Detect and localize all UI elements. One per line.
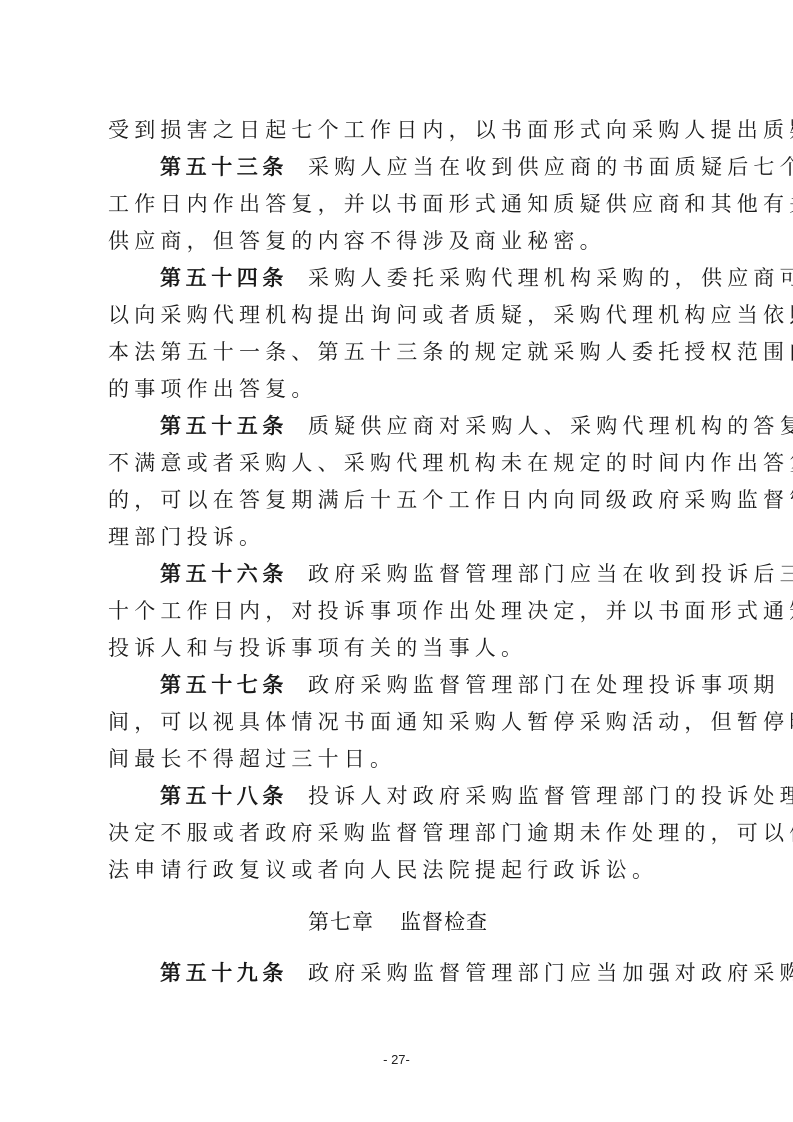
article-57-line: 间，可以视具体情况书面通知采购人暂停采购活动，但暂停时 [108, 704, 688, 741]
article-54-line: 以向采购代理机构提出询问或者质疑，采购代理机构应当依照 [108, 297, 688, 334]
article-text: 政府采购监督管理部门在处理投诉事项期 [308, 673, 780, 697]
article-number: 第五十八条 [160, 784, 288, 808]
article-57-line: 间最长不得超过三十日。 [108, 741, 688, 778]
article-text: 政府采购监督管理部门应当在收到投诉后三 [308, 562, 793, 586]
article-55-first-line: 第五十五条质疑供应商对采购人、采购代理机构的答复 [108, 408, 688, 445]
article-text: 采购人应当在收到供应商的书面质疑后七个 [308, 155, 793, 179]
article-55-line: 的，可以在答复期满后十五个工作日内向同级政府采购监督管 [108, 482, 688, 519]
article-54-line: 本法第五十一条、第五十三条的规定就采购人委托授权范围内 [108, 334, 688, 371]
document-page: 受到损害之日起七个工作日内，以书面形式向采购人提出质疑。 第五十三条采购人应当在… [108, 112, 688, 992]
article-number: 第五十九条 [160, 961, 288, 985]
chapter-number: 第七章 [308, 910, 374, 934]
article-58-line: 法申请行政复议或者向人民法院提起行政诉讼。 [108, 852, 688, 889]
article-59-first-line: 第五十九条政府采购监督管理部门应当加强对政府采购 [108, 955, 688, 992]
article-number: 第五十六条 [160, 562, 288, 586]
article-56-line: 十个工作日内，对投诉事项作出处理决定，并以书面形式通知 [108, 593, 688, 630]
chapter-title: 监督检查 [400, 910, 488, 934]
article-58-first-line: 第五十八条投诉人对政府采购监督管理部门的投诉处理 [108, 778, 688, 815]
page-number: - 27- [0, 1052, 793, 1067]
article-53-line: 供应商，但答复的内容不得涉及商业秘密。 [108, 223, 688, 260]
article-53-first-line: 第五十三条采购人应当在收到供应商的书面质疑后七个 [108, 149, 688, 186]
article-55-line: 不满意或者采购人、采购代理机构未在规定的时间内作出答复 [108, 445, 688, 482]
article-54-line: 的事项作出答复。 [108, 371, 688, 408]
chapter-heading: 第七章监督检查 [108, 889, 688, 955]
continued-paragraph-line: 受到损害之日起七个工作日内，以书面形式向采购人提出质疑。 [108, 112, 688, 149]
article-55-line: 理部门投诉。 [108, 519, 688, 556]
article-text: 采购人委托采购代理机构采购的，供应商可 [308, 266, 793, 290]
article-56-line: 投诉人和与投诉事项有关的当事人。 [108, 630, 688, 667]
article-number: 第五十五条 [160, 414, 288, 438]
article-number: 第五十七条 [160, 673, 288, 697]
article-text: 投诉人对政府采购监督管理部门的投诉处理 [308, 784, 793, 808]
article-54-first-line: 第五十四条采购人委托采购代理机构采购的，供应商可 [108, 260, 688, 297]
article-58-line: 决定不服或者政府采购监督管理部门逾期未作处理的，可以依 [108, 815, 688, 852]
article-number: 第五十三条 [160, 155, 288, 179]
article-53-line: 工作日内作出答复，并以书面形式通知质疑供应商和其他有关 [108, 186, 688, 223]
article-text: 政府采购监督管理部门应当加强对政府采购 [308, 961, 793, 985]
article-text: 质疑供应商对采购人、采购代理机构的答复 [308, 414, 793, 438]
article-57-first-line: 第五十七条政府采购监督管理部门在处理投诉事项期 [108, 667, 688, 704]
article-56-first-line: 第五十六条政府采购监督管理部门应当在收到投诉后三 [108, 556, 688, 593]
article-number: 第五十四条 [160, 266, 288, 290]
